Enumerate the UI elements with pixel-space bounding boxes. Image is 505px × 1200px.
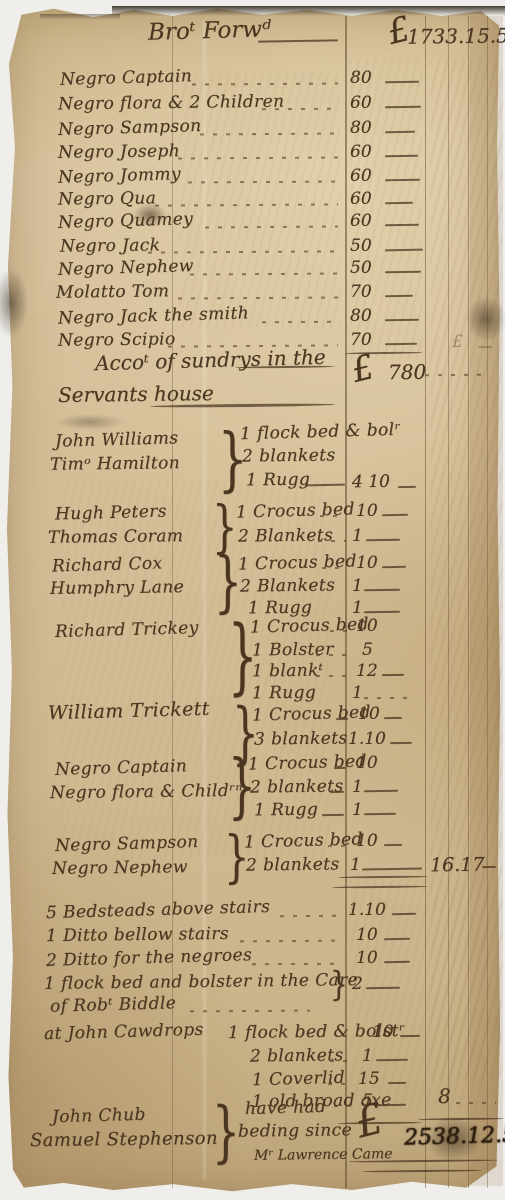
amount-dash (388, 1082, 406, 1084)
amount-dash (390, 742, 412, 744)
entry-name: Negro Quamey (58, 211, 194, 232)
amount-dash (382, 566, 406, 568)
item-desc: 1 Crocus bed (236, 501, 355, 521)
entry-name: Molatto Tom (56, 283, 169, 301)
item-desc: 2 Blankets (238, 527, 333, 545)
sundries-heading-line2: Servants house (58, 383, 214, 405)
dotted-leader (364, 697, 414, 699)
group-name: Richard Cox (52, 555, 163, 575)
dotted-leader (280, 915, 340, 917)
closing-name: John Chub (52, 1107, 146, 1127)
item-amount: 15 (358, 1071, 380, 1088)
amount-dash (336, 718, 348, 720)
entry-amount: 1.10 (348, 902, 386, 919)
dotted-leader (334, 1105, 352, 1107)
item-desc: 1 blankᵗ (252, 663, 324, 681)
group-name: Humphry Lane (50, 579, 184, 598)
group-name: Negro Sampson (55, 834, 199, 855)
dotted-leader (316, 675, 350, 677)
column-rule (345, 16, 347, 1188)
brought-forward-amount: 1733.15.5 (407, 25, 505, 46)
group-name: Negro Nephew (52, 859, 188, 878)
ink-blot (466, 296, 505, 342)
entry-name: Negro Sampson (58, 118, 202, 139)
amount-dash (322, 814, 344, 816)
entry-name: Negro Jack (60, 237, 161, 255)
entry-amount: 80 (350, 70, 372, 87)
entry-amount: 10 (356, 927, 378, 944)
entry-amount: 10 (356, 950, 378, 967)
entry-amount: 60 (350, 191, 372, 208)
amount-dash (330, 791, 344, 793)
entry-amount: 70 (350, 284, 372, 301)
item-amount: 10 (356, 618, 378, 635)
item-amount: 1.10 (348, 731, 386, 748)
ghost-pound-sign: £ (452, 334, 463, 351)
group-name: Thomas Coram (48, 528, 184, 547)
entry-name: Negro flora & 2 Children (58, 94, 285, 114)
item-amount: 5 (362, 642, 373, 659)
entry-amount: 50 (350, 238, 372, 255)
entry-amount: 60 (350, 213, 372, 230)
entry-name: Negro Nephew (58, 258, 194, 279)
amount-dash (482, 866, 496, 868)
group-name: Timᵒ Hamilton (50, 455, 180, 474)
closing-name: Samuel Stephenson (30, 1130, 218, 1150)
item-desc: 1 Rugg (248, 600, 312, 618)
group-name: Hugh Peters (55, 503, 167, 523)
dotted-leader (330, 630, 348, 632)
item-amount: 10 (356, 503, 378, 520)
item-desc: 1 Crocus bed (250, 616, 369, 636)
entry-amount: 50 (350, 260, 372, 277)
entry-name: Negro Jommy (58, 166, 181, 186)
amount-dash (384, 844, 402, 846)
item-desc: 2 blankets (246, 856, 340, 874)
entry-name: of Robᵗ Biddle (50, 995, 177, 1016)
item-desc: 2 blankets (250, 778, 344, 796)
item-amount: 12 (356, 663, 378, 680)
amount-dash (398, 486, 416, 488)
group-name: at John Cawdrops (44, 1022, 204, 1043)
amount-dash (384, 717, 402, 719)
group-name: Negro Captain (55, 758, 188, 779)
item-amount: 10 (356, 755, 378, 772)
entry-name: 1 Ditto bellow stairs (46, 926, 229, 945)
brought-forward-label: Broᵗ Forwᵈ (148, 18, 272, 44)
ink-smudge (55, 414, 125, 430)
amount-dash (392, 913, 416, 915)
item-amount: 1 (352, 528, 363, 545)
group-name: Richard Trickey (55, 620, 199, 641)
amount-dash (382, 674, 404, 676)
entry-name: 1 flock bed and bolster in the Care (44, 972, 358, 993)
cawdrops-total: 8 (438, 1086, 451, 1106)
item-desc: 2 blankets (242, 447, 336, 465)
item-amount: 10 (358, 706, 380, 723)
ledger-scan: Broᵗ Forwᵈ £ 1733.15.5 Negro Captain 80 … (0, 0, 505, 1200)
entry-amount: 2 (352, 976, 363, 993)
item-desc: 1 Rugg (246, 472, 310, 490)
item-amount: 4 10 (352, 474, 390, 491)
closing-note-line: beding since (238, 1122, 352, 1140)
item-amount: 1 (352, 779, 363, 796)
entry-amount: 60 (350, 144, 372, 161)
dotted-leader (322, 567, 346, 569)
group-name: John Williams (55, 430, 179, 450)
dotted-leader (318, 540, 346, 542)
dotted-leader (330, 1060, 354, 1062)
closing-note-line: have had (245, 1099, 327, 1118)
item-desc: 1 Bolster (252, 642, 334, 660)
entry-amount: 60 (350, 95, 372, 112)
dotted-leader (328, 1083, 350, 1085)
entry-amount: 60 (350, 168, 372, 185)
item-desc: 3 blankets (254, 730, 348, 748)
group-brace: } (212, 1100, 240, 1166)
entry-amount: 80 (350, 308, 372, 325)
item-amount: 10 (356, 833, 378, 850)
item-amount: 1 (352, 685, 363, 702)
item-amount: 1 (352, 802, 363, 819)
item-desc: 1 Crocus bed (244, 831, 363, 851)
item-desc: 1 Coverlid (252, 1070, 345, 1090)
dotted-leader (328, 845, 346, 847)
entry-name: Negro Captain (60, 68, 193, 89)
amount-dash (400, 1035, 420, 1037)
entry-name: Negro Scipio (58, 331, 176, 349)
item-amount: 1 (352, 578, 363, 595)
sundries-heading-line1: Accoᵗ of sundrys in the (95, 347, 326, 373)
item-desc: 1 Rugg (254, 802, 318, 820)
item-amount: 1 (350, 857, 361, 874)
squiggle-dash (456, 1102, 496, 1104)
grand-total: 2538.12.5 (404, 1124, 505, 1149)
item-desc: 1 Crocus bed (238, 553, 357, 573)
entry-name: Negro Joseph (58, 143, 180, 161)
item-desc: 1 flock bed & bolʳ (240, 422, 401, 443)
entry-name: Negro Qua (58, 190, 156, 208)
paper-top-edge (112, 6, 505, 16)
item-amount: 10 (356, 555, 378, 572)
item-desc: 1 Crocus bed (252, 704, 371, 724)
squiggle-dash (425, 374, 481, 376)
group-name: William Trickett (48, 700, 210, 724)
valuations-total: 780 (388, 362, 426, 382)
inline-brace: } (330, 968, 348, 1002)
item-amount: 1 (362, 1048, 373, 1065)
ghost-dash (478, 346, 492, 348)
amount-dash (334, 767, 346, 769)
item-desc: 1 Rugg (252, 685, 316, 703)
paper-top-edge-left (40, 14, 120, 20)
item-desc: 1 Crocus bed (248, 753, 367, 773)
dotted-leader (320, 515, 346, 517)
dotted-leader (316, 654, 352, 656)
item-desc: 2 Blankets (240, 577, 335, 595)
entry-amount: 80 (350, 120, 372, 137)
item-desc: 2 blankets (250, 1047, 344, 1065)
group-name: Negro flora & Childʳⁿ (50, 783, 243, 802)
item-amount: 10 (372, 1024, 394, 1041)
groups-total: 16.17 (430, 856, 485, 876)
